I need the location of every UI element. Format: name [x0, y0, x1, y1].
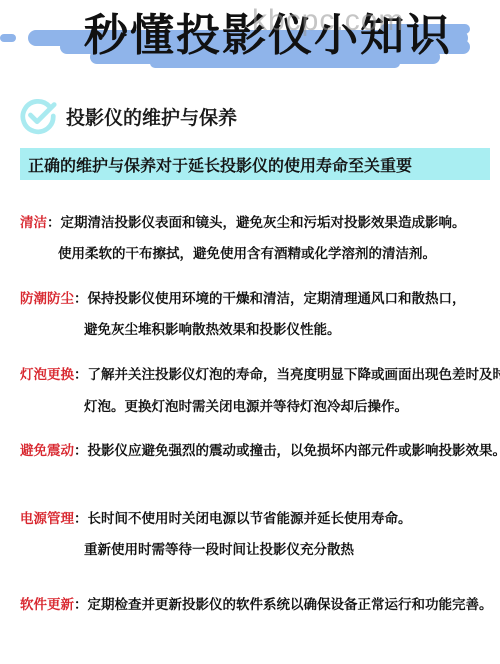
highlight-banner: 正确的维护与保养对于延长投影仪的使用寿命至关重要 — [20, 148, 490, 180]
item-label: 灯泡更换 — [20, 367, 74, 383]
watermark: kbcpc.com — [252, 4, 404, 38]
title-banner: 秒懂投影仪小知识 kbcpc.com — [0, 0, 500, 80]
section-header: 投影仪的维护与保养 — [20, 96, 237, 136]
banner-text: 正确的维护与保养对于延长投影仪的使用寿命至关重要 — [28, 153, 412, 176]
item-continuation: 灯泡。更换灯泡时需关闭电源并等待灯泡冷却后操作。 — [84, 398, 408, 416]
item-label: 软件更新 — [20, 597, 74, 613]
brush-stroke-decoration — [0, 34, 16, 42]
item-continuation: 重新使用时需等待一段时间让投影仪充分散热 — [84, 541, 354, 559]
item-colon: ： — [74, 443, 88, 459]
item-colon: ： — [47, 215, 61, 231]
check-circle-icon — [20, 97, 58, 135]
item-label: 电源管理 — [20, 511, 74, 527]
list-item-moisture-dust: 防潮防尘：保持投影仪使用环境的干燥和清洁，定期清理通风口和散热口， — [20, 290, 466, 308]
item-colon: ： — [74, 511, 88, 527]
item-text: 定期检查并更新投影仪的软件系统以确保设备正常运行和功能完善。 — [88, 597, 493, 613]
section-title: 投影仪的维护与保养 — [66, 103, 237, 130]
item-continuation: 使用柔软的干布擦拭，避免使用含有酒精或化学溶剂的清洁剂。 — [58, 245, 436, 263]
list-item-software-update: 软件更新：定期检查并更新投影仪的软件系统以确保设备正常运行和功能完善。 — [20, 596, 493, 614]
item-text: 投影仪应避免强烈的震动或撞击，以免损坏内部元件或影响投影效果。 — [88, 443, 500, 459]
list-item-avoid-vibration: 避免震动：投影仪应避免强烈的震动或撞击，以免损坏内部元件或影响投影效果。 — [20, 442, 500, 460]
list-item-cleaning: 清洁：定期清洁投影仪表面和镜头，避免灰尘和污垢对投影效果造成影响。 — [20, 214, 466, 232]
item-text: 长时间不使用时关闭电源以节省能源并延长使用寿命。 — [88, 511, 412, 527]
list-item-power-management: 电源管理：长时间不使用时关闭电源以节省能源并延长使用寿命。 — [20, 510, 412, 528]
item-text: 保持投影仪使用环境的干燥和清洁，定期清理通风口和散热口， — [88, 291, 466, 307]
item-colon: ： — [74, 597, 88, 613]
item-continuation: 避免灰尘堆积影响散热效果和投影仪性能。 — [84, 321, 341, 339]
item-label: 避免震动 — [20, 443, 74, 459]
item-colon: ： — [74, 291, 88, 307]
item-label: 防潮防尘 — [20, 291, 74, 307]
item-text: 了解并关注投影仪灯泡的寿命，当亮度明显下降或画面出现色差时及时更换 — [88, 367, 500, 383]
list-item-lamp-replacement: 灯泡更换：了解并关注投影仪灯泡的寿命，当亮度明显下降或画面出现色差时及时更换 — [20, 366, 500, 384]
item-label: 清洁 — [20, 215, 47, 231]
item-text: 定期清洁投影仪表面和镜头，避免灰尘和污垢对投影效果造成影响。 — [61, 215, 466, 231]
item-colon: ： — [74, 367, 88, 383]
